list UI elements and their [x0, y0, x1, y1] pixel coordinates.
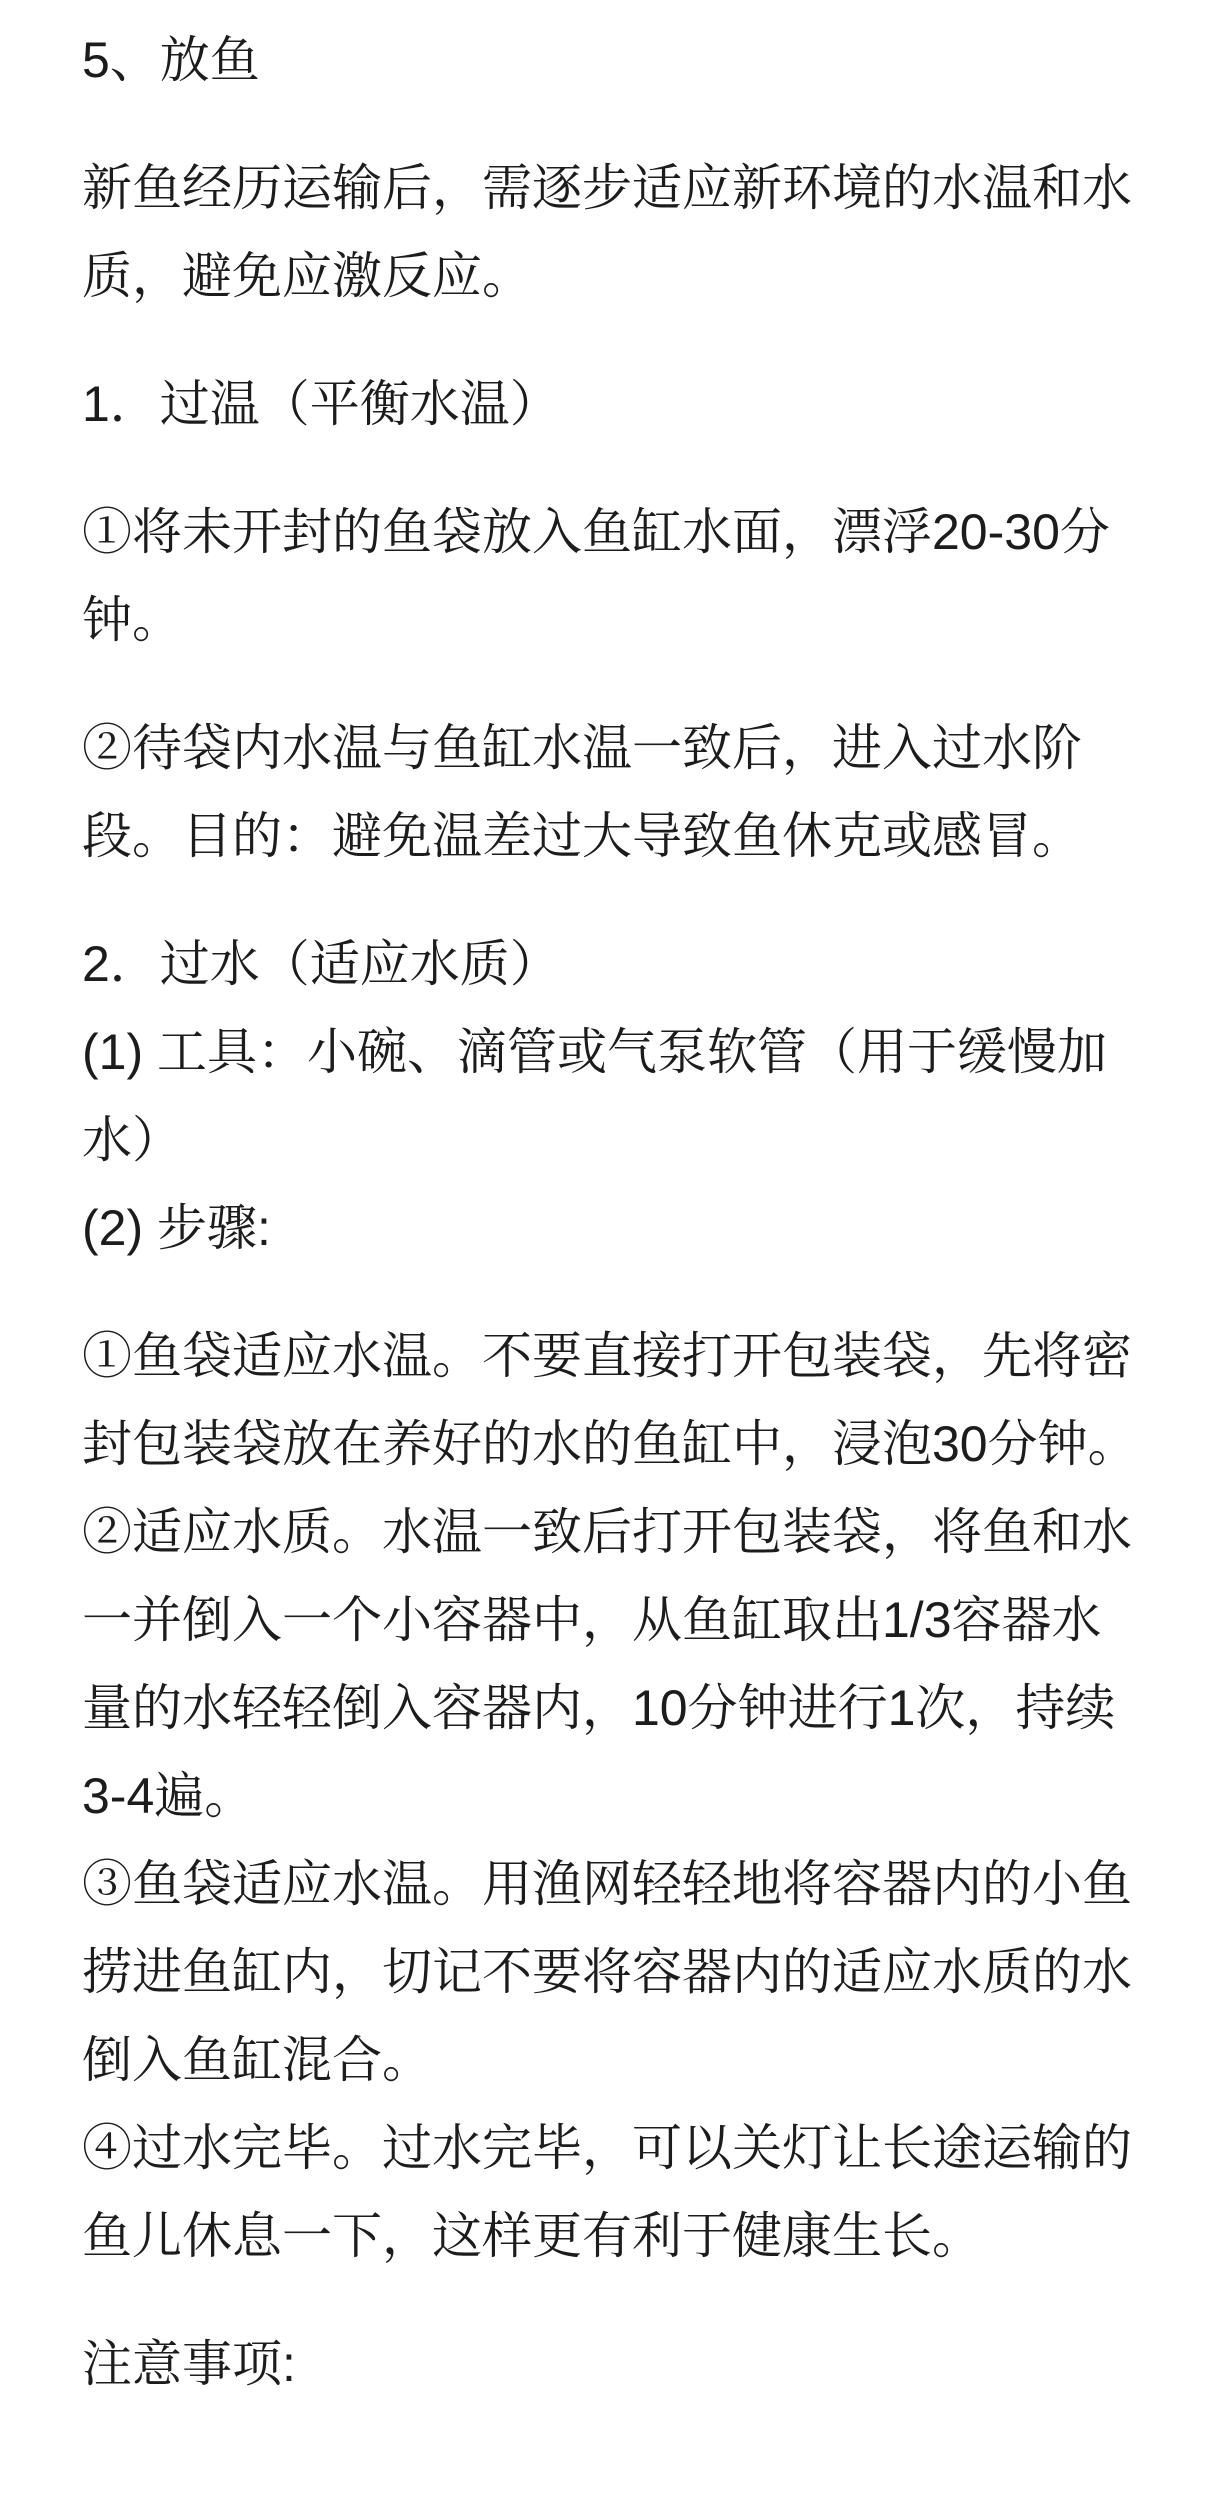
section-step2: 2．过水（适应水质） (1) 工具：小碗、滴管或气泵软管（用于缓慢加水） (2)… [82, 920, 1142, 1272]
notes-heading: 注意事项: [82, 2320, 1142, 2408]
step2-tools-line: (1) 工具：小碗、滴管或气泵软管（用于缓慢加水） [82, 1008, 1142, 1184]
article-body: 5、放鱼 新鱼经历运输后，需逐步适应新环境的水温和水质，避免应激反应。 1．过温… [0, 0, 1216, 2504]
step2-steps-label: (2) 步骤: [82, 1184, 1142, 1272]
procedure-item-4: ④过水完毕。过水完毕，可以关灯让长途运输的鱼儿休息一下，这样更有利于健康生长。 [82, 2104, 1142, 2280]
step1-item-2: ②待袋内水温与鱼缸水温一致后，进入过水阶段。目的：避免温差过大导致鱼休克或感冒。 [82, 704, 1142, 880]
section-title: 5、放鱼 [82, 16, 1142, 104]
procedure-item-3: ③鱼袋适应水温。用渔网轻轻地将容器内的小鱼捞进鱼缸内，切记不要将容器内的适应水质… [82, 1840, 1142, 2104]
subheading-step2: 2．过水（适应水质） [82, 920, 1142, 1008]
step1-item-1: ①将未开封的鱼袋放入鱼缸水面，漂浮20-30分钟。 [82, 488, 1142, 664]
subheading-step1: 1．过温（平衡水温） [82, 360, 1142, 448]
step2-procedure: ①鱼袋适应水温。不要直接打开包装袋，先将密封包装袋放在养好的水的鱼缸中，浸泡30… [82, 1312, 1142, 2280]
procedure-item-2: ②适应水质。水温一致后打开包装袋，将鱼和水一并倒入一个小容器中，从鱼缸取出1/3… [82, 1488, 1142, 1840]
intro-paragraph: 新鱼经历运输后，需逐步适应新环境的水温和水质，避免应激反应。 [82, 144, 1142, 320]
procedure-item-1: ①鱼袋适应水温。不要直接打开包装袋，先将密封包装袋放在养好的水的鱼缸中，浸泡30… [82, 1312, 1142, 1488]
